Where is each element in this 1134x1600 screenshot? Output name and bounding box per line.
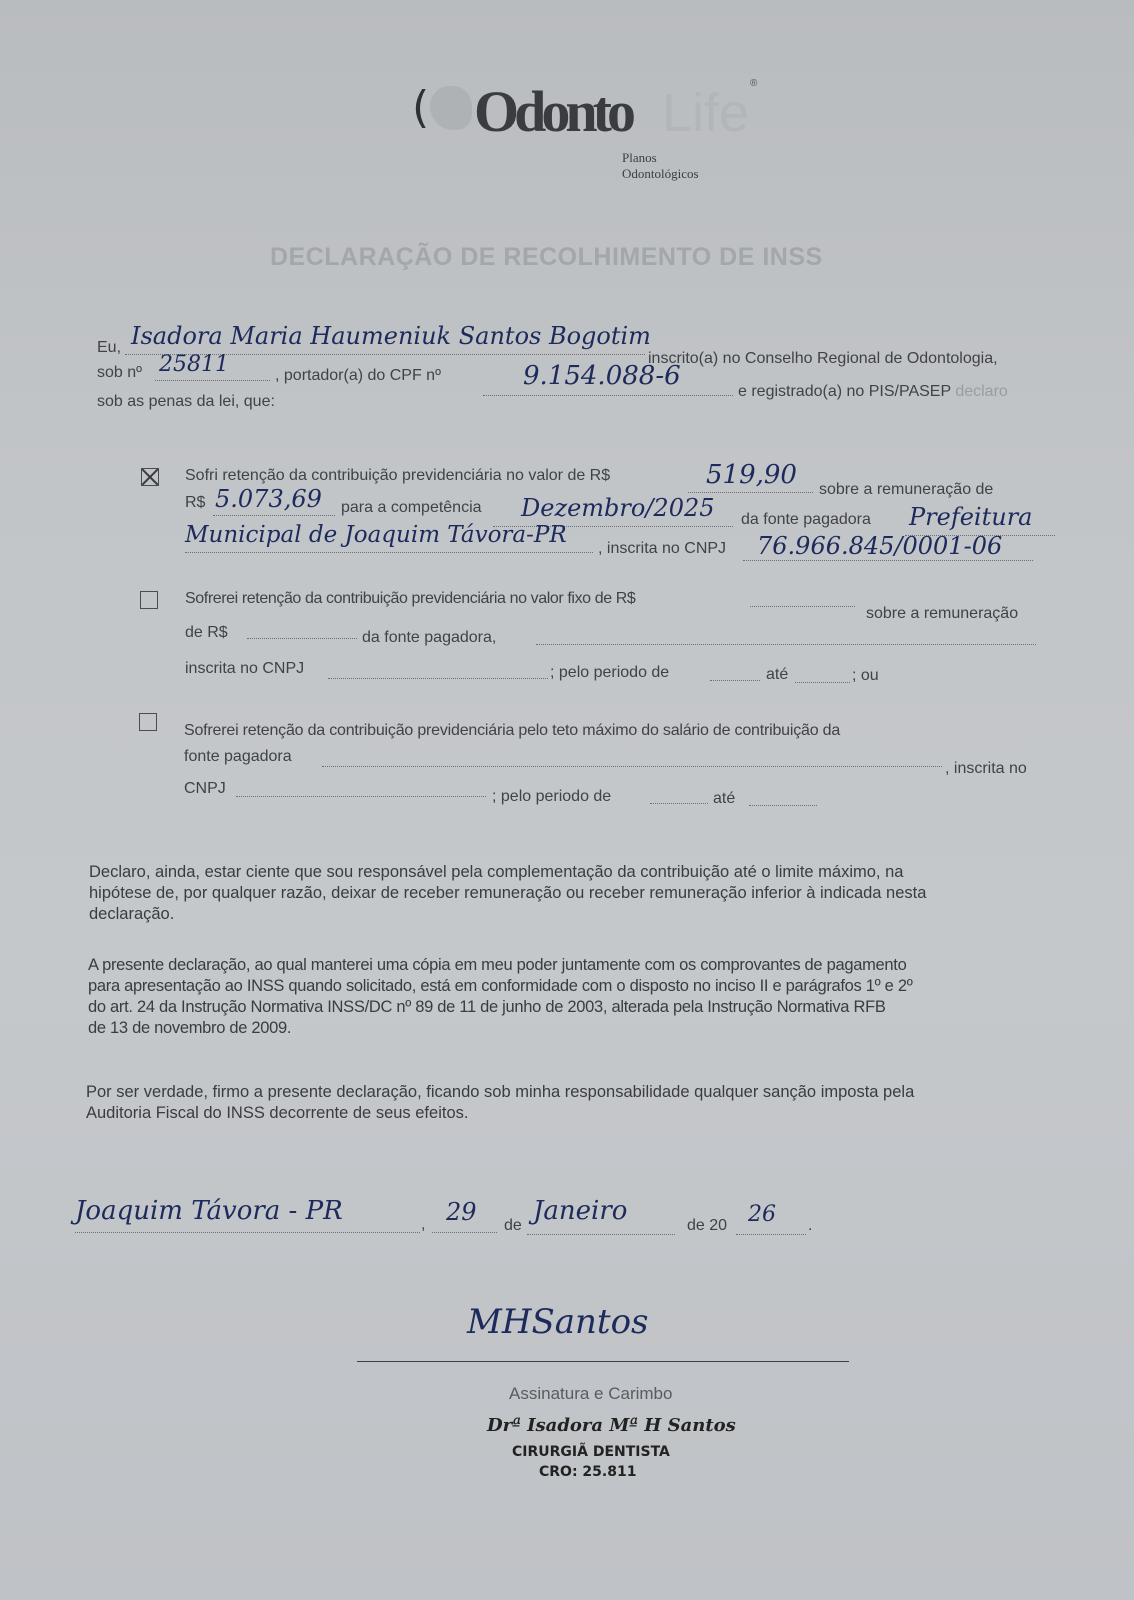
paragraph-line: do art. 24 da Instrução Normativa INSS/D… [88,997,1088,1018]
inscrito-text: inscrito(a) no Conselho Regional de Odon… [648,350,998,368]
name-value: Isadora Maria Haumeniuk Santos Bogotim [131,322,651,350]
option-2-line1-tail: sobre a remuneração [866,605,1018,623]
stamp-cro: CRO: 25.811 [539,1464,636,1480]
cnpj-label: , inscrita no CNPJ [598,540,726,558]
option-2-periodo-label: ; pelo periodo de [550,664,669,682]
document-title: DECLARAÇÃO DE RECOLHIMENTO DE INSS [270,243,823,272]
month-value: Janeiro [533,1196,627,1226]
logo-trademark: ® [750,78,757,89]
option-2-periodo-start-field[interactable] [710,680,760,681]
logo-brand-main: Odonto [474,78,631,145]
pis-faded: declaro [955,383,1007,400]
stamp-name: Drª Isadora Mª H Santos [487,1415,736,1436]
paragraph-conformidade: A presente declaração, ao qual manterei … [88,955,1088,1039]
date-period: . [808,1217,812,1235]
city-value: Joaquim Távora - PR [75,1196,343,1226]
option-1-line1-tail: sobre a remuneração de [819,481,993,499]
logo-tagline: Planos Odontológicos [622,150,699,182]
penas-text: sob as penas da lei, que: [97,393,275,411]
de-20-label: de 20 [687,1217,727,1235]
registro-field[interactable]: 25811 [155,360,270,381]
date-comma: , [421,1216,425,1234]
valor-retido-field[interactable]: 519,90 [688,472,813,493]
option-3-cnpj-label: CNPJ [184,780,226,798]
option-2-cnpj-label: inscrita no CNPJ [185,660,304,678]
signature-line [357,1361,849,1362]
eu-label: Eu, [97,339,121,357]
sob-label: sob nº [97,364,142,382]
cpf-value: 9.154.088-6 [523,361,681,391]
option-1-line1: Sofri retenção da contribuição previdenc… [185,467,610,485]
option-2-checkbox[interactable] [140,591,158,609]
option-3-periodo-start-field[interactable] [650,803,708,804]
logo-tooth-icon [430,86,472,130]
paragraph-line: declaração. [89,904,1089,925]
paragraph-line: Por ser verdade, firmo a presente declar… [86,1082,1086,1103]
competencia-label: para a competência [341,499,482,517]
option-2-remuneracao-field[interactable] [247,638,357,639]
de-label-1: de [504,1217,522,1235]
pis-label: e registrado(a) no PIS/PASEP [738,383,951,400]
fonte-pagadora-part2: Municipal de Joaquim Távora-PR [185,522,567,548]
logo-arc-icon: ( [412,82,429,133]
rs-label: R$ [185,494,205,512]
paragraph-line: de 13 de novembro de 2009. [88,1018,1088,1039]
option-3-periodo-end-field[interactable] [749,805,817,806]
city-field[interactable]: Joaquim Távora - PR [75,1210,420,1233]
option-3-inscrita-label: , inscrita no [945,760,1027,778]
fonte-pagadora-field-2[interactable]: Municipal de Joaquim Távora-PR [185,530,593,553]
paragraph-line: Declaro, ainda, estar ciente que sou res… [89,862,1089,883]
option-2-ate-label: até [766,666,788,684]
remuneracao-value: 5.073,69 [215,485,322,513]
option-2-valor-field[interactable] [750,606,855,607]
paragraph-line: para apresentação ao INSS quando solicit… [88,976,1088,997]
valor-retido-value: 519,90 [706,460,797,490]
day-field[interactable]: 29 [432,1210,497,1233]
option-3-line1: Sofrerei retenção da contribuição previd… [184,722,840,740]
option-2-line1: Sofrerei retenção da contribuição previd… [185,590,635,608]
paragraph-ciencia: Declaro, ainda, estar ciente que sou res… [89,862,1089,925]
option-3-periodo-label: ; pelo periodo de [492,788,611,806]
competencia-value: Dezembro/2025 [521,494,715,522]
option-2-cnpj-field[interactable] [328,678,548,679]
fonte-pagadora-part1: Prefeitura [909,503,1032,531]
option-3-checkbox[interactable] [139,713,157,731]
cnpj-value: 76.966.845/0001-06 [757,532,1002,560]
year-value: 26 [748,1202,776,1227]
option-3-cnpj-field[interactable] [236,796,486,797]
option-3-fonte-field[interactable] [322,766,942,767]
cpf-field[interactable]: 9.154.088-6 [483,375,733,396]
month-field[interactable]: Janeiro [527,1212,675,1235]
year-field[interactable]: 26 [736,1212,806,1235]
option-2-rs-label: de R$ [185,624,228,642]
paragraph-line: hipótese de, por qualquer razão, deixar … [89,883,1089,904]
option-2-fonte-field[interactable] [536,644,1036,645]
logo-brand-suffix: Life [662,82,749,144]
fonte-label: da fonte pagadora [741,511,871,529]
option-2-ou-label: ; ou [852,667,879,685]
option-2-fonte-label: da fonte pagadora, [362,629,496,647]
cpf-label: , portador(a) do CPF nº [275,367,441,385]
day-value: 29 [446,1198,477,1226]
registro-value: 25811 [159,352,229,377]
paragraph-verdade: Por ser verdade, firmo a presente declar… [86,1082,1086,1124]
option-3-fonte-label: fonte pagadora [184,748,292,766]
cnpj-field[interactable]: 76.966.845/0001-06 [743,540,1033,561]
handwritten-signature: MHSantos [467,1302,649,1342]
stamp-role: CIRURGIÃ DENTISTA [512,1444,670,1460]
option-3-ate-label: até [713,790,735,808]
option-1-checkbox[interactable] [141,468,159,486]
option-2-periodo-end-field[interactable] [795,682,850,683]
paragraph-line: Auditoria Fiscal do INSS decorrente de s… [86,1103,1086,1124]
pis-text: e registrado(a) no PIS/PASEP declaro [738,383,1008,401]
paragraph-line: A presente declaração, ao qual manterei … [88,955,1088,976]
signature-label: Assinatura e Carimbo [509,1384,672,1404]
remuneracao-field[interactable]: 5.073,69 [213,495,335,516]
